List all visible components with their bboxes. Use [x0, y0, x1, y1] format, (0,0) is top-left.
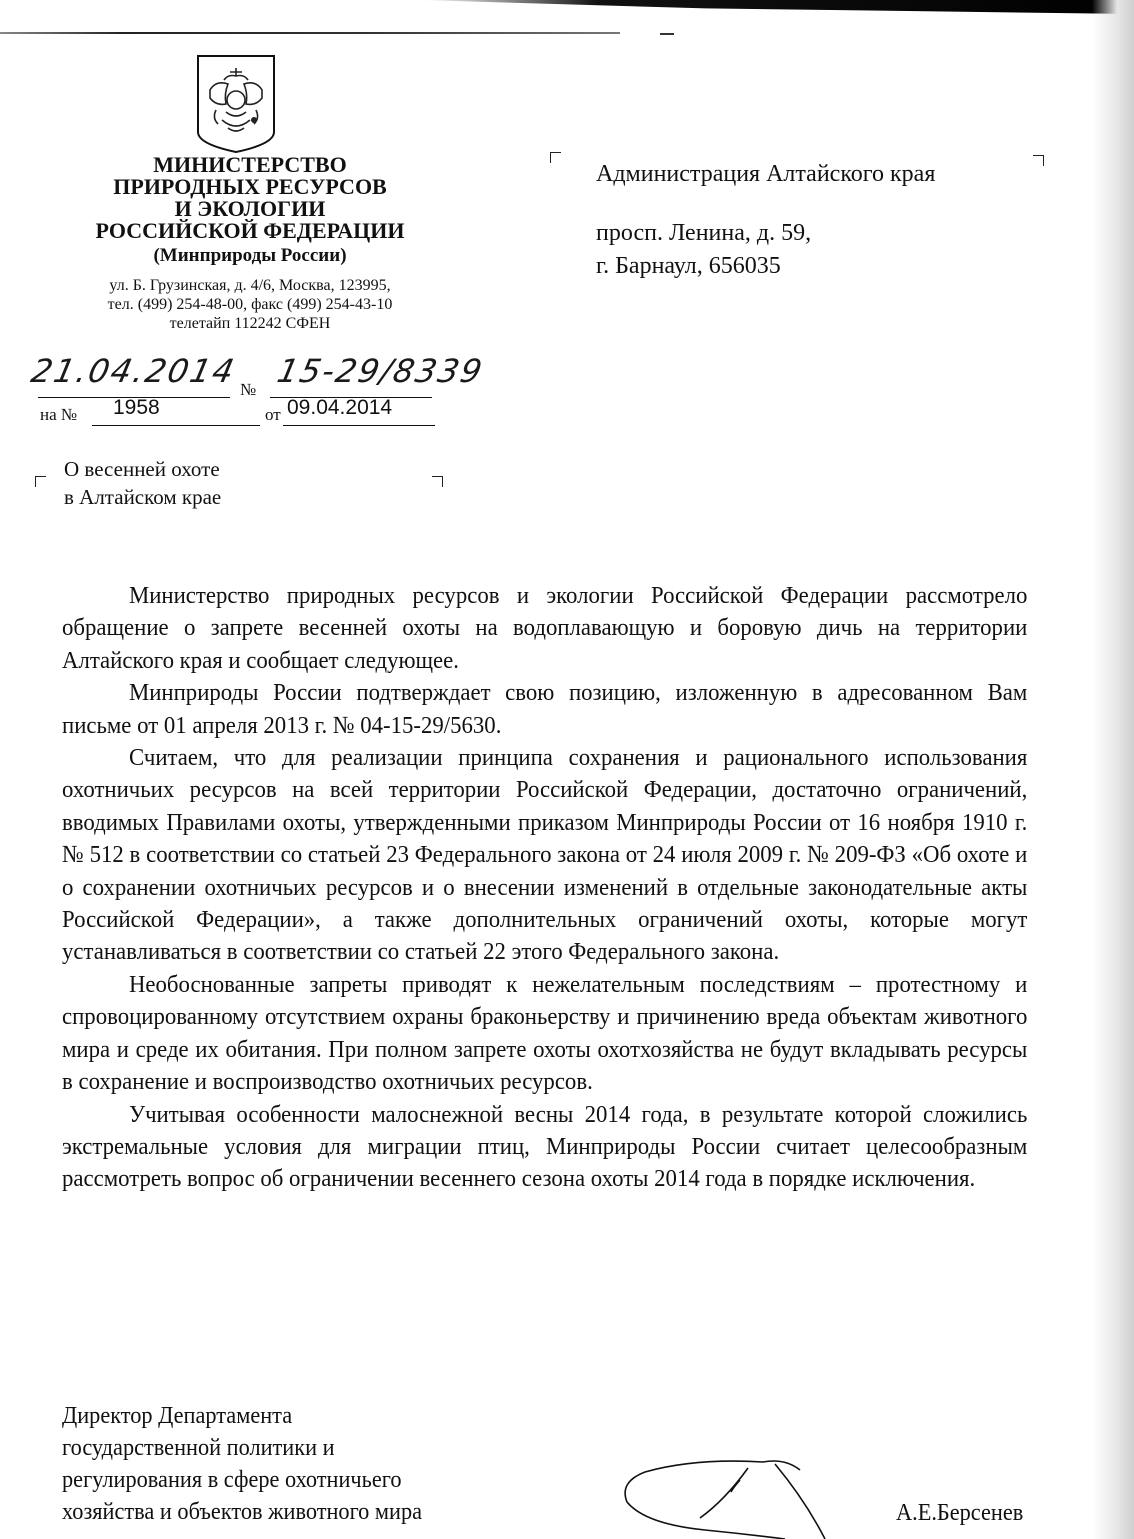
signatory-title-line: хозяйства и объектов животного мира — [62, 1496, 422, 1528]
outgoing-number: 15-29/8339 — [274, 352, 487, 390]
scan-line-fragment — [660, 33, 674, 35]
signer-name: А.Е.Берсенев — [896, 1500, 1023, 1527]
in-reply-date: 09.04.2014 — [287, 396, 392, 420]
in-reply-label: на № — [40, 405, 77, 425]
addressee-bracket-right — [1033, 155, 1044, 166]
letter-body: Министерство природных ресурсов и эколог… — [62, 580, 960, 1196]
body-paragraph: Министерство природных ресурсов и эколог… — [62, 580, 1027, 677]
subject-bracket-right — [432, 476, 443, 487]
body-paragraph: Необоснованные запреты приводят к нежела… — [62, 969, 1027, 1099]
signatory-title: Директор Департамента государственной по… — [62, 1400, 422, 1528]
addressee-address-line: просп. Ленина, д. 59, — [596, 217, 935, 250]
org-short-name: (Минприроды России) — [40, 242, 460, 270]
org-address: ул. Б. Грузинская, д. 4/6, Москва, 12399… — [40, 276, 460, 333]
subject-line: в Алтайском крае — [64, 483, 221, 511]
subject: О весенней охоте в Алтайском крае — [64, 455, 221, 511]
org-address-line: телетайп 112242 СФЕН — [40, 314, 460, 333]
org-name-line: И ЭКОЛОГИИ — [40, 198, 460, 220]
letterhead: МИНИСТЕРСТВО ПРИРОДНЫХ РЕСУРСОВ И ЭКОЛОГ… — [40, 154, 460, 333]
addressee: Администрация Алтайского края просп. Лен… — [596, 158, 935, 283]
org-name-line: РОССИЙСКОЙ ФЕДЕРАЦИИ — [40, 220, 460, 242]
signatory-title-line: Директор Департамента — [62, 1400, 422, 1432]
in-reply-number: 1958 — [113, 396, 160, 420]
body-paragraph: Учитывая особенности малоснежной весны 2… — [62, 1099, 1027, 1196]
page-edge-shadow — [1092, 0, 1134, 1539]
subject-bracket-left — [35, 476, 46, 487]
org-name-line: ПРИРОДНЫХ РЕСУРСОВ — [40, 176, 460, 198]
subject-line: О весенней охоте — [64, 455, 221, 483]
org-address-line: ул. Б. Грузинская, д. 4/6, Москва, 12399… — [40, 276, 460, 295]
body-paragraph: Считаем, что для реализации принципа сох… — [62, 742, 1027, 969]
handwritten-signature — [615, 1450, 875, 1539]
russian-coat-of-arms-icon — [196, 54, 276, 154]
in-reply-date-underline — [283, 425, 435, 426]
from-label: от — [265, 405, 281, 425]
signatory-title-line: регулирования в сфере охотничьего — [62, 1464, 422, 1496]
addressee-address-line: г. Барнаул, 656035 — [596, 250, 935, 283]
addressee-bracket-left — [550, 152, 561, 163]
signatory-title-line: государственной политики и — [62, 1432, 422, 1464]
number-label: № — [240, 380, 256, 400]
in-reply-underline — [92, 425, 260, 426]
body-paragraph: Минприроды России подтверждает свою пози… — [62, 677, 1027, 742]
scan-edge-shadow — [420, 0, 1134, 14]
outgoing-date: 21.04.2014 — [28, 352, 239, 390]
scan-line — [0, 32, 620, 34]
org-name-line: МИНИСТЕРСТВО — [40, 154, 460, 176]
org-address-line: тел. (499) 254-48-00, факс (499) 254-43-… — [40, 295, 460, 314]
addressee-name: Администрация Алтайского края — [596, 158, 935, 191]
